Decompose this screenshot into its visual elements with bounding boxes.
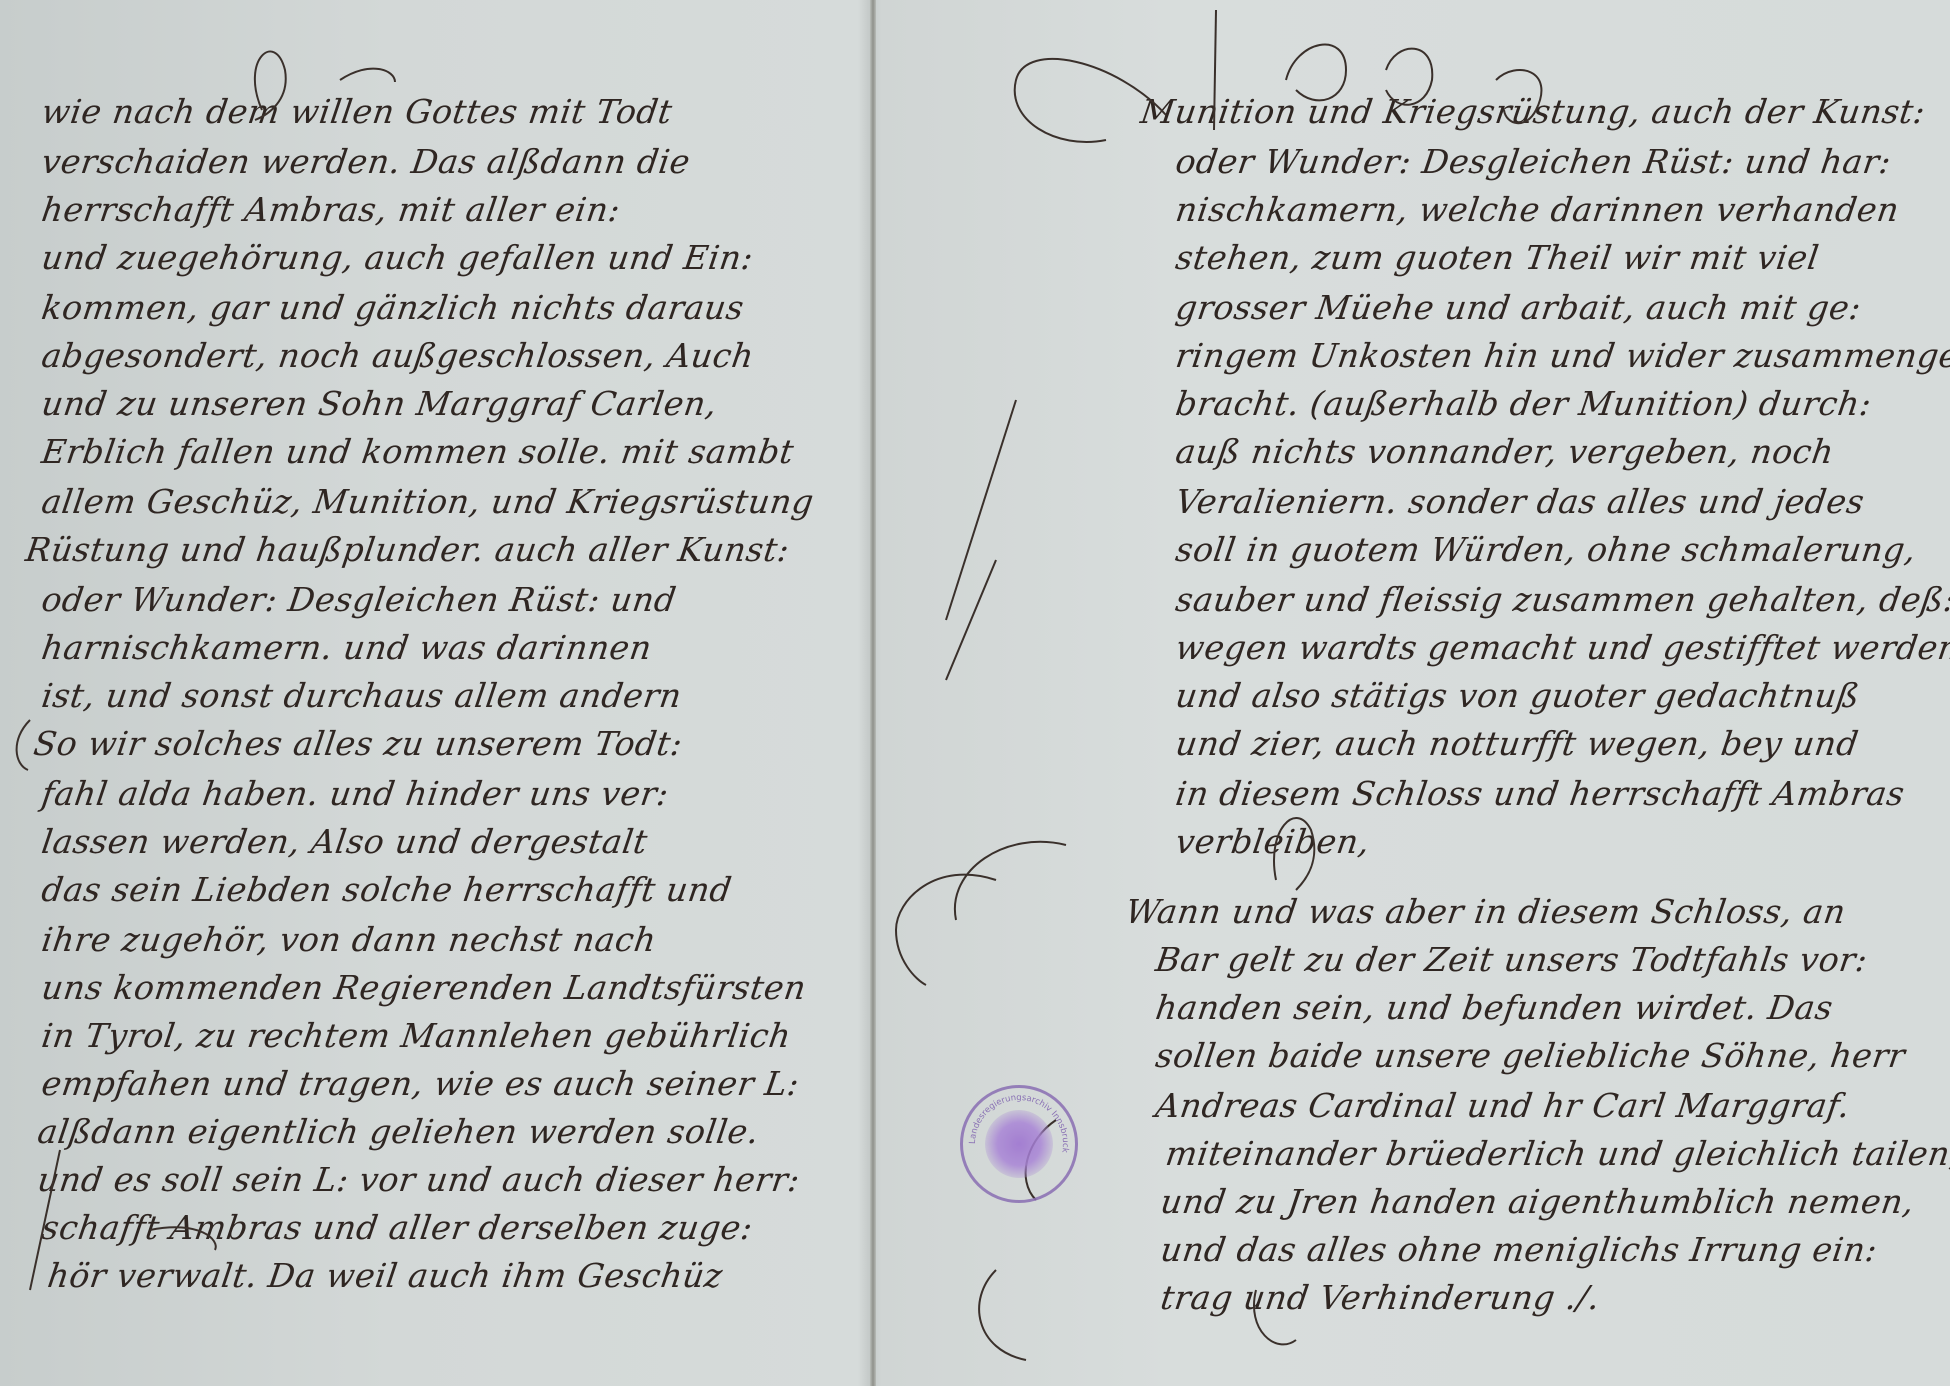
- text-line: alßdann eigentlich geliehen werden solle…: [35, 1112, 761, 1151]
- text-line: und das alles ohne meniglichs Irrung ein…: [1158, 1230, 1880, 1269]
- text-line: herrschafft Ambras, mit aller ein:: [39, 190, 623, 229]
- text-line: in diesem Schloss und herrschafft Ambras: [1173, 774, 1907, 813]
- text-line: nischkamern, welche darinnen verhanden: [1173, 190, 1901, 229]
- text-line: miteinander brüederlich und gleichlich t…: [1163, 1134, 1950, 1173]
- text-line: empfahen und tragen, wie es auch seiner …: [39, 1064, 802, 1103]
- text-line: Rüstung und haußplunder. auch aller Kuns…: [23, 530, 792, 569]
- text-line: grosser Müehe und arbait, auch mit ge:: [1173, 288, 1863, 327]
- text-line: und es soll sein L: vor und auch dieser …: [35, 1160, 802, 1199]
- text-line: Wann und was aber in diesem Schloss, an: [1123, 892, 1848, 931]
- text-line: sauber und fleissig zusammen gehalten, d…: [1173, 580, 1950, 619]
- text-line: oder Wunder: Desgleichen Rüst: und har:: [1173, 142, 1893, 181]
- text-line: Andreas Cardinal und hr Carl Marggraf.: [1153, 1086, 1852, 1125]
- text-line: fahl alda haben. und hinder uns ver:: [39, 774, 671, 813]
- svg-text:Landesregierungsarchiv Innsbru: Landesregierungsarchiv Innsbruck: [968, 1093, 1070, 1153]
- text-line: Erblich fallen und kommen solle. mit sam…: [39, 432, 796, 471]
- text-line: hör verwalt. Da weil auch ihm Geschüz: [45, 1256, 725, 1295]
- text-line: verschaiden werden. Das alßdann die: [39, 142, 692, 181]
- text-line: und zu unseren Sohn Marggraf Carlen,: [39, 384, 719, 423]
- stamp-ring-text: Landesregierungsarchiv Innsbruck: [963, 1088, 1075, 1200]
- text-line: verbleiben,: [1173, 822, 1372, 861]
- text-line: harnischkamern. und was darinnen: [39, 628, 654, 667]
- text-line: trag und Verhinderung ./.: [1158, 1278, 1602, 1317]
- text-line: ist, und sonst durchaus allem andern: [39, 676, 684, 715]
- text-line: in Tyrol, zu rechtem Mannlehen gebührlic…: [39, 1016, 793, 1055]
- text-line: bracht. (außerhalb der Munition) durch:: [1173, 384, 1874, 423]
- text-line: auß nichts vonnander, vergeben, noch: [1173, 432, 1836, 471]
- text-line: stehen, zum guoten Theil wir mit viel: [1173, 238, 1821, 277]
- text-line: soll in guotem Würden, ohne schmalerung,: [1173, 530, 1919, 569]
- manuscript-spread: wie nach dem willen Gottes mit Todt vers…: [0, 0, 1950, 1386]
- text-line: sollen baide unsere geliebliche Söhne, h…: [1153, 1036, 1908, 1075]
- text-line: lassen werden, Also und dergestalt: [39, 822, 650, 861]
- text-line: und zu Jren handen aigenthumblich nemen,: [1158, 1182, 1917, 1221]
- text-line: und zier, auch notturfft wegen, bey und: [1173, 724, 1861, 763]
- text-line: kommen, gar und gänzlich nichts daraus: [39, 288, 746, 327]
- archive-stamp: Landesregierungsarchiv Innsbruck: [960, 1085, 1078, 1203]
- text-line: ringem Unkosten hin und wider zusammenge…: [1173, 336, 1950, 375]
- text-line: wegen wardts gemacht und gestifftet werd…: [1173, 628, 1950, 667]
- text-line: ihre zugehör, von dann nechst nach: [39, 920, 659, 959]
- text-line: uns kommenden Regierenden Landtsfürsten: [39, 968, 808, 1007]
- text-line: und also stätigs von guoter gedachtnuß: [1173, 676, 1862, 715]
- text-line: handen sein, und befunden wirdet. Das: [1153, 988, 1835, 1027]
- text-line: und zuegehörung, auch gefallen und Ein:: [39, 238, 756, 277]
- text-line: schafft Ambras und aller derselben zuge:: [39, 1208, 755, 1247]
- text-line: Bar gelt zu der Zeit unsers Todtfahls vo…: [1153, 940, 1870, 979]
- text-line: allem Geschüz, Munition, und Kriegsrüstu…: [39, 482, 816, 521]
- text-line: abgesondert, noch außgeschlossen, Auch: [39, 336, 756, 375]
- text-line: wie nach dem willen Gottes mit Todt: [39, 92, 675, 131]
- text-line: Munition und Kriegsrüstung, auch der Kun…: [1138, 92, 1928, 131]
- text-line: oder Wunder: Desgleichen Rüst: und: [39, 580, 679, 619]
- text-line: So wir solches alles zu unserem Todt:: [31, 724, 685, 763]
- left-page: wie nach dem willen Gottes mit Todt vers…: [0, 0, 870, 1386]
- text-line: das sein Liebden solche herrschafft und: [39, 870, 734, 909]
- text-line: Veralieniern. sonder das alles und jedes: [1173, 482, 1867, 521]
